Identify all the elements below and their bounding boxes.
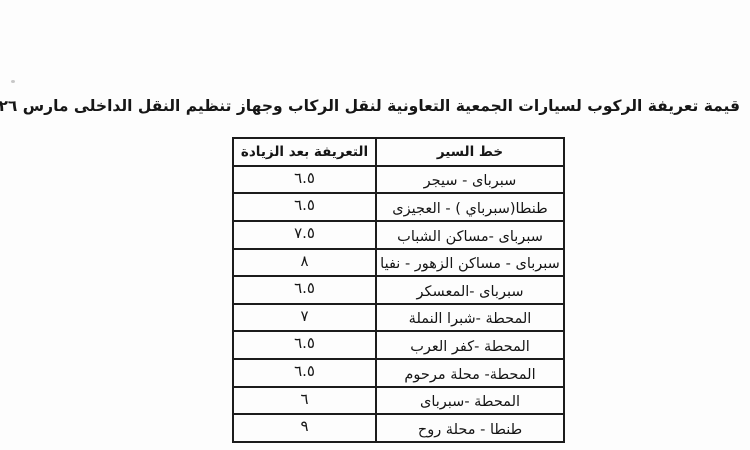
fare-column-header: التعريفة بعد الزيادة (234, 139, 377, 165)
table-row: ٧.٥ سبرباى -مساكن الشباب (234, 222, 563, 250)
fare-value: ٦.٥ (234, 194, 377, 220)
table-row: ٨ سبرباى - مساكن الزهور - نفيا (234, 250, 563, 278)
route-name: المحطة -شبرا النملة (377, 305, 563, 331)
route-name: طنطا - محلة روح (377, 415, 563, 441)
table-row: ٧ المحطة -شبرا النملة (234, 305, 563, 333)
fare-value: ٩ (234, 415, 377, 441)
fare-table: التعريفة بعد الزيادة خط السير ٦.٥ سبرباى… (232, 137, 565, 443)
fare-value: ٦.٥ (234, 332, 377, 358)
route-name: سبرباى - سيجر (377, 167, 563, 193)
table-row: ٦.٥ المحطة- محلة مرحوم (234, 360, 563, 388)
route-name: طنطا(سبرباي ) - العجيزى (377, 194, 563, 220)
route-name: المحطة- محلة مرحوم (377, 360, 563, 386)
fare-value: ٦ (234, 388, 377, 414)
table-row: ٩ طنطا - محلة روح (234, 415, 563, 441)
fare-value: ٨ (234, 250, 377, 276)
route-name: المحطة -سبرباى (377, 388, 563, 414)
table-header-row: التعريفة بعد الزيادة خط السير (234, 139, 563, 167)
table-row: ٦.٥ سبرباى -المعسكر (234, 277, 563, 305)
fare-value: ٦.٥ (234, 360, 377, 386)
table-row: ٦.٥ سبرباى - سيجر (234, 167, 563, 195)
table-row: ٦.٥ المحطة -كفر العرب (234, 332, 563, 360)
route-name: المحطة -كفر العرب (377, 332, 563, 358)
fare-value: ٦.٥ (234, 277, 377, 303)
scan-artifact-speck (11, 80, 15, 83)
table-row: ٦.٥ طنطا(سبرباي ) - العجيزى (234, 194, 563, 222)
route-name: سبرباى -المعسكر (377, 277, 563, 303)
document-title: قيمة تعريفة الركوب لسيارات الجمعية التعا… (90, 92, 740, 120)
route-name: سبرباى -مساكن الشباب (377, 222, 563, 248)
scanned-document-page: قيمة تعريفة الركوب لسيارات الجمعية التعا… (0, 0, 750, 450)
route-column-header: خط السير (377, 139, 563, 165)
fare-value: ٦.٥ (234, 167, 377, 193)
fare-value: ٧.٥ (234, 222, 377, 248)
table-row: ٦ المحطة -سبرباى (234, 388, 563, 416)
route-name: سبرباى - مساكن الزهور - نفيا (377, 250, 563, 276)
fare-value: ٧ (234, 305, 377, 331)
